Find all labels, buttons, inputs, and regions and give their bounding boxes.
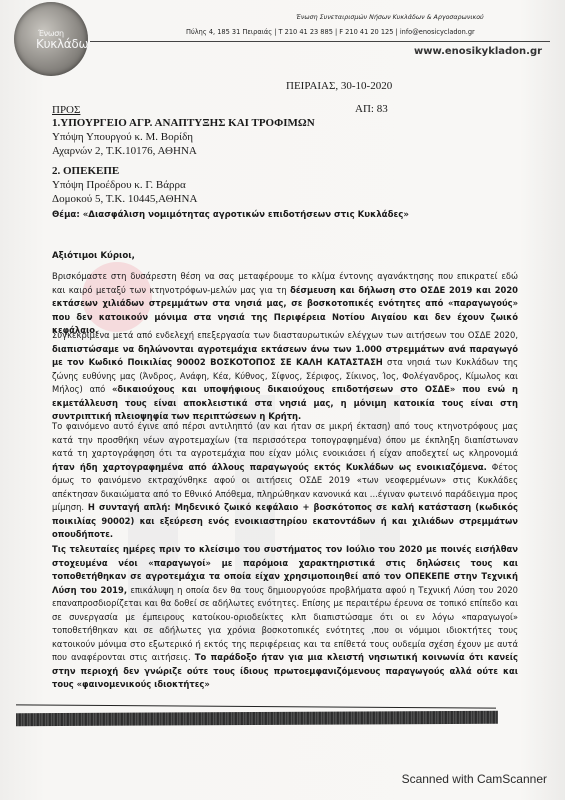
- scanned-letter-page: Ένωση Κυκλάδων Ένωση Συνεταιρισμών Νήσων…: [0, 0, 565, 800]
- body-paragraph: Τις τελευταίες ημέρες πριν το κλείσιμο τ…: [52, 543, 518, 692]
- body-paragraph: Βρισκόμαστε στη δυσάρεστη θέση να σας με…: [52, 270, 518, 338]
- recipient-1-attention: Υπόψη Υπουργού κ. Μ. Βορίδη: [52, 130, 193, 144]
- recipient-2-address: Δομοκού 5, Τ.Κ. 10445,ΑΘΗΝΑ: [52, 192, 197, 206]
- emphasized-text: ήταν ήδη χαρτογραφημένα από άλλους παραγ…: [52, 462, 487, 472]
- logo-line-2: Κυκλάδων: [36, 39, 88, 50]
- header-divider: [90, 41, 550, 42]
- organization-website: www.enosikykladon.gr: [414, 46, 542, 57]
- letter-subject: Θέμα: «Διασφάλιση νομιμότητας αγροτικών …: [52, 210, 409, 220]
- body-text: Συγκεκριμένα μετά από ενδελεχή επεξεργασ…: [52, 330, 518, 340]
- recipient-1-name: 1.ΥΠΟΥΡΓΕΙΟ ΑΓΡ. ΑΝΑΠΤΥΞΗΣ ΚΑΙ ΤΡΟΦΙΜΩΝ: [52, 116, 315, 130]
- organization-contact: Πύλης 4, 185 31 Πειραιάς | Τ 210 41 23 8…: [186, 28, 475, 36]
- body-text: επικάλυψη η οποία δεν θα τους δημιουργού…: [52, 585, 518, 663]
- organization-name: Ένωση Συνεταιρισμών Νήσων Κυκλάδων & Αργ…: [296, 14, 484, 21]
- footer-band: [16, 711, 498, 727]
- cyclades-union-logo-icon: Ένωση Κυκλάδων: [14, 2, 88, 76]
- footer-line: [16, 704, 496, 708]
- emphasized-text: Η συνταγή απλή: Μηδενικό ζωικό κεφάλαιο …: [52, 502, 518, 539]
- body-paragraph: Το φαινόμενο αυτό έγινε από πέρσι αντιλη…: [52, 420, 518, 542]
- protocol-number: ΑΠ: 83: [355, 103, 388, 115]
- body-text: Το φαινόμενο αυτό έγινε από πέρσι αντιλη…: [52, 421, 518, 458]
- recipient-2-name: 2. ΟΠΕΚΕΠΕ: [52, 164, 119, 178]
- recipient-1-address: Αχαρνών 2, Τ.Κ.10176, ΑΘΗΝΑ: [52, 144, 197, 158]
- scanner-watermark: Scanned with CamScanner: [402, 772, 547, 786]
- emphasized-text: «δικαιούχους και υποψήφιους δικαιούχους …: [52, 384, 518, 421]
- recipients-label: ΠΡΟΣ: [52, 103, 80, 117]
- date-line: ΠΕΙΡΑΙΑΣ, 30-10-2020: [286, 80, 392, 92]
- body-paragraph: Συγκεκριμένα μετά από ενδελεχή επεξεργασ…: [52, 329, 518, 424]
- salutation: Αξιότιμοι Κύριοι,: [52, 251, 135, 261]
- recipient-2-attention: Υπόψη Προέδρου κ. Γ. Βάρρα: [52, 178, 186, 192]
